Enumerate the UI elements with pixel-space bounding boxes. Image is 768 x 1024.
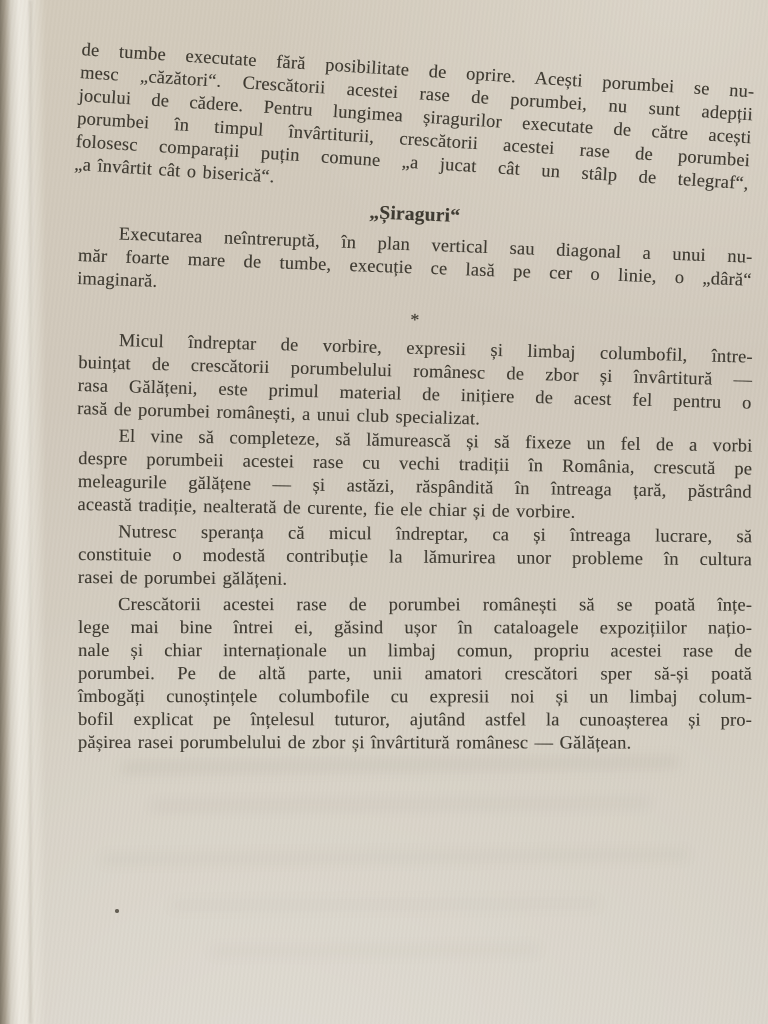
showthrough-smudge <box>210 945 540 956</box>
paragraph: Crescătorii acestei rase de porumbei rom… <box>78 593 752 755</box>
text-line: lege mai bine întrei ei, găsind ușor în … <box>78 616 752 640</box>
text-line: bofil explicat pe înțelesul tuturor, aju… <box>78 708 752 732</box>
book-page-photo: de tumbe executate fără posibilitate de … <box>0 0 768 1024</box>
text-line: nale și chiar internaționale un limbaj c… <box>78 639 752 663</box>
page-crease <box>29 0 32 1024</box>
showthrough-smudge <box>100 849 690 864</box>
page-gutter-edge <box>0 0 46 1024</box>
text-line: porumbei. Pe de altă parte, unii amatori… <box>78 662 752 686</box>
paragraph: de tumbe executate fără posibilitate de … <box>74 38 755 218</box>
paragraph: El vine să completeze, să lămurească și … <box>77 424 752 527</box>
paragraph: Nutresc speranța că micul îndreptar, ca … <box>78 520 753 594</box>
paragraph: Micul îndreptar de vorbire, expresii și … <box>77 328 753 438</box>
text-line: îmbogăți cunoștințele columbofile cu exp… <box>78 685 752 709</box>
paper-speck <box>115 909 119 913</box>
showthrough-smudge <box>120 757 680 773</box>
text-block: de tumbe executate fără posibilitate de … <box>78 38 752 754</box>
text-line: pășirea rasei porumbelului de zbor și în… <box>78 731 752 755</box>
text-line: Crescătorii acestei rase de porumbei rom… <box>78 593 752 617</box>
showthrough-smudge <box>170 899 600 910</box>
showthrough-smudge <box>150 798 650 810</box>
